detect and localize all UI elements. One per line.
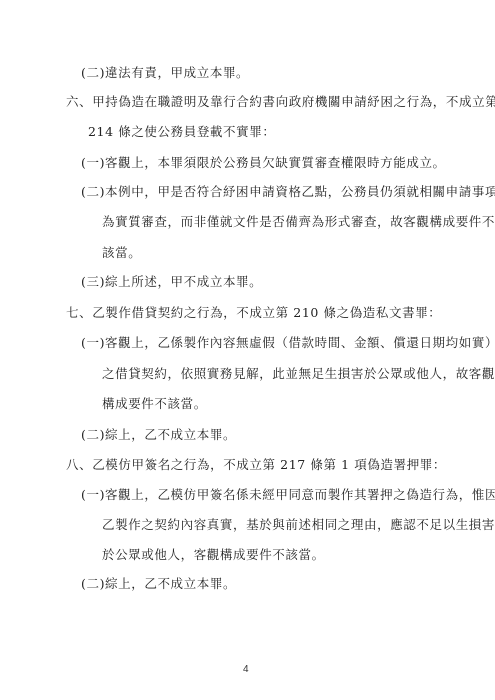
- text-line: 乙製作之契約內容真實，基於與前述相同之理由，應認不足以生損害: [102, 517, 495, 533]
- text-line: 之借貸契約，依照實務見解，此並無足生損害於公眾或他人，故客觀: [102, 366, 495, 382]
- text-line: (二)本例中，甲是否符合紓困申請資格乙點，公務員仍須就相關申請事項: [81, 184, 495, 200]
- text-line: (二)綜上，乙不成立本罪。: [81, 427, 236, 443]
- text-line: (一)客觀上，乙係製作內容無虛假（借款時間、金額、償還日期均如實）: [81, 335, 495, 351]
- section-heading-7: 七、乙製作借貸契約之行為，不成立第 210 條之偽造私文書罪：: [66, 305, 441, 321]
- text-line: 構成要件不該當。: [102, 396, 207, 412]
- text-line: (二)綜上，乙不成立本罪。: [81, 576, 236, 592]
- text-line: (二)違法有責，甲成立本罪。: [81, 65, 249, 81]
- text-line: 於公眾或他人，客觀構成要件不該當。: [102, 547, 325, 563]
- text-line: (一)客觀上，乙模仿甲簽名係未經甲同意而製作其署押之偽造行為，惟因: [81, 487, 495, 503]
- page-number: 4: [243, 664, 249, 675]
- text-line: (三)綜上所述，甲不成立本罪。: [81, 274, 262, 290]
- document-page: (二)違法有責，甲成立本罪。 六、甲持偽造在職證明及靠行合約書向政府機關申請紓困…: [0, 0, 495, 700]
- text-line: 為實質審查，而非僅就文件是否備齊為形式審查，故客觀構成要件不: [102, 214, 495, 230]
- text-line: 214 條之使公務員登載不實罪：: [88, 124, 275, 140]
- section-heading-6: 六、甲持偽造在職證明及靠行合約書向政府機關申請紓困之行為，不成立第: [66, 94, 495, 110]
- text-line: 該當。: [102, 245, 141, 261]
- section-heading-8: 八、乙模仿甲簽名之行為，不成立第 217 條第 1 項偽造署押罪：: [66, 457, 446, 473]
- text-line: (一)客觀上，本罪須限於公務員欠缺實質審查權限時方能成立。: [81, 155, 446, 171]
